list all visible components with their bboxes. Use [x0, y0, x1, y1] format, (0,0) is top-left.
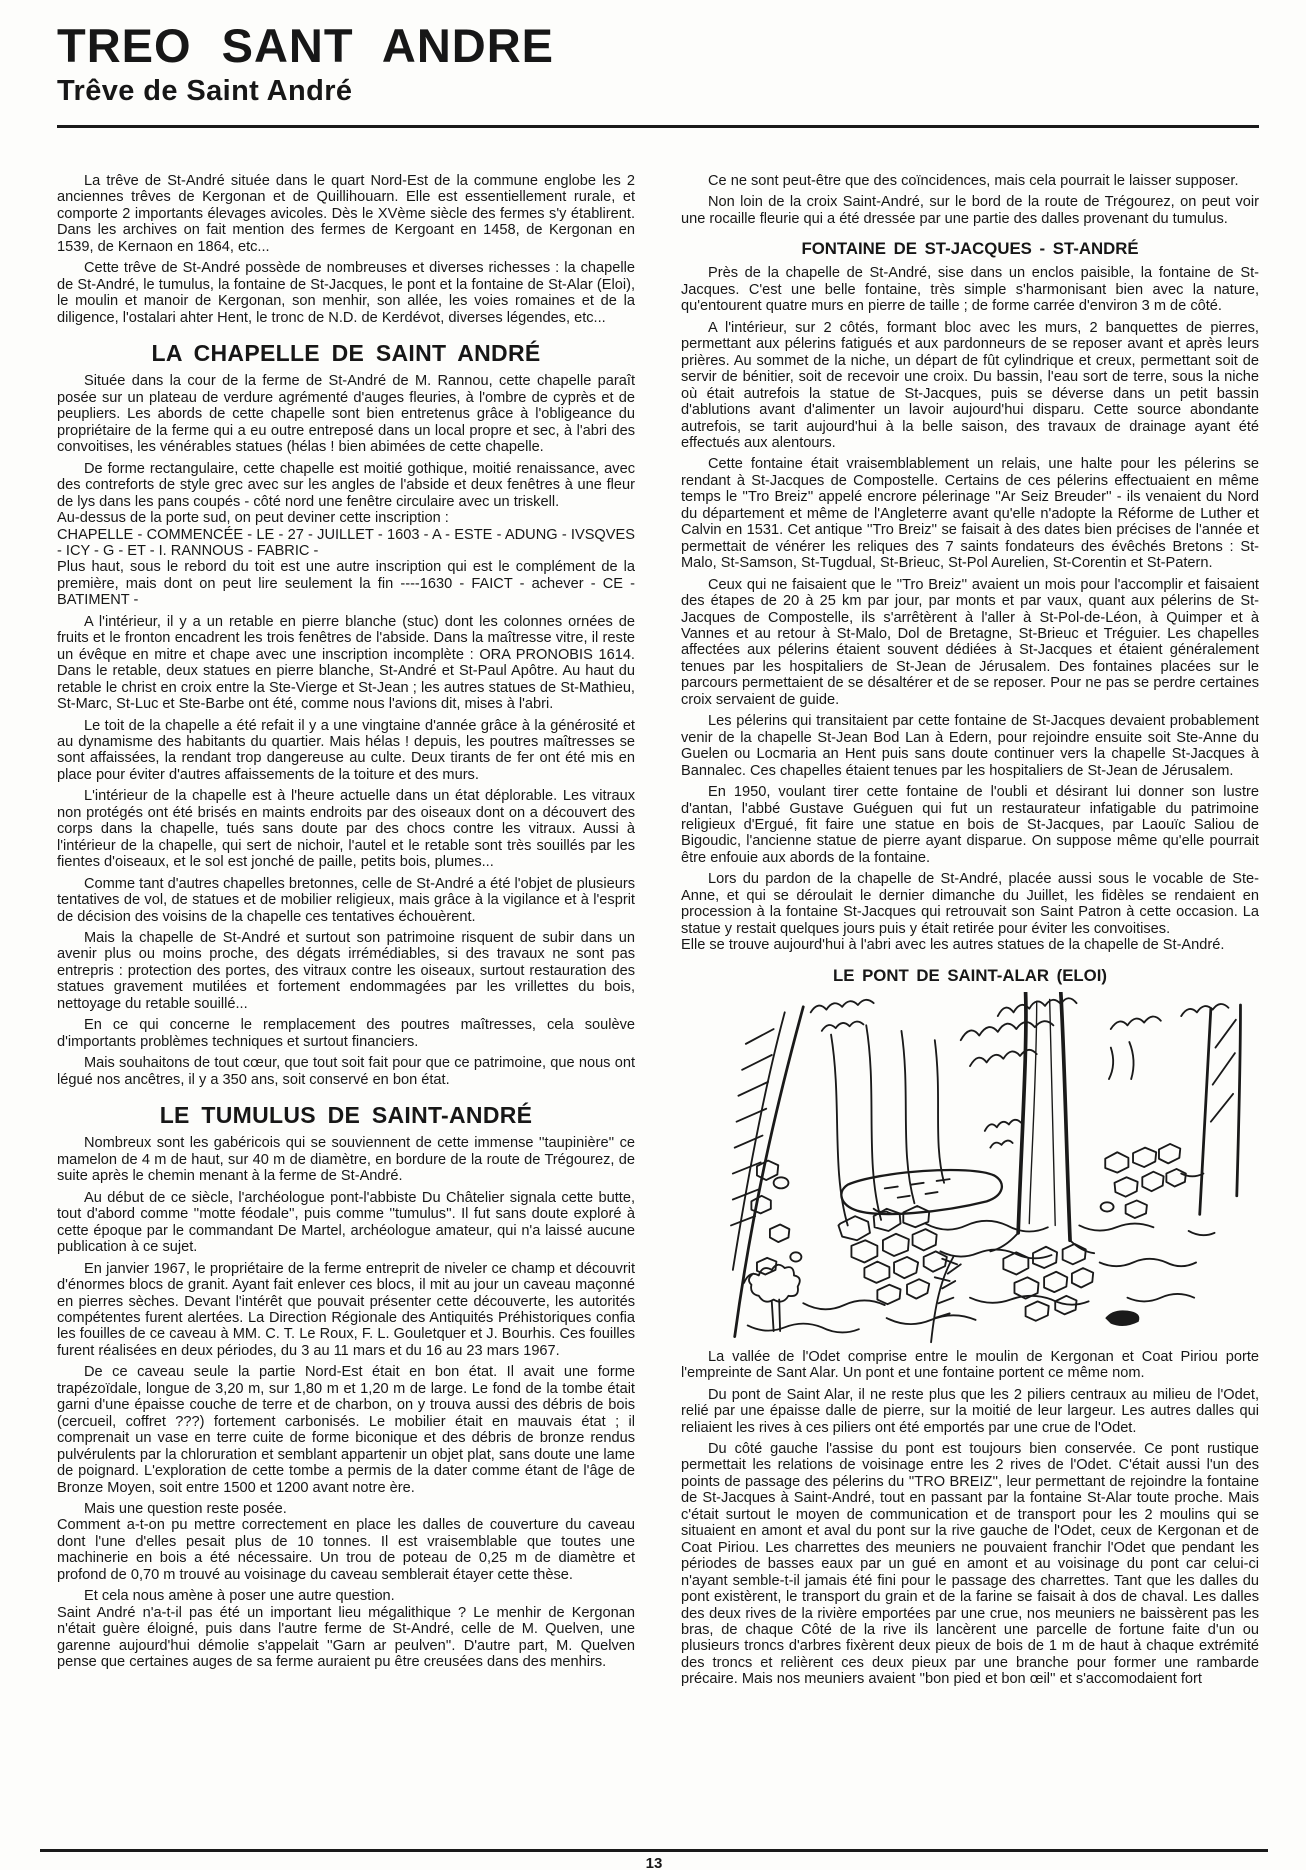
pen-drawing-pont-saint-alar [681, 992, 1259, 1344]
section-heading: LE PONT DE SAINT-ALAR (ELOI) [681, 966, 1259, 986]
paragraph: Les pélerins qui transitaient par cette … [681, 713, 1259, 779]
paragraph: Saint André n'a-t-il pas été un importan… [57, 1605, 635, 1671]
paragraph: Ce ne sont peut-être que des coïncidence… [681, 173, 1259, 189]
paragraph: De ce caveau seule la partie Nord-Est ét… [57, 1364, 635, 1496]
left-column: La trêve de St-André située dans le quar… [57, 168, 635, 1688]
section-heading: LE TUMULUS DE SAINT-ANDRÉ [57, 1102, 635, 1128]
paragraph: Le toit de la chapelle a été refait il y… [57, 718, 635, 784]
two-column-layout: La trêve de St-André située dans le quar… [57, 168, 1259, 1688]
paragraph: La trêve de St-André située dans le quar… [57, 173, 635, 255]
paragraph: Comme tant d'autres chapelles bretonnes,… [57, 876, 635, 925]
paragraph: Lors du pardon de la chapelle de St-Andr… [681, 871, 1259, 937]
right-column-bottom: La vallée de l'Odet comprise entre le mo… [681, 1349, 1259, 1688]
paragraph: Du pont de Saint Alar, il ne reste plus … [681, 1387, 1259, 1436]
page-footer: 13 [40, 1849, 1268, 1870]
paragraph: Du côté gauche l'assise du pont est touj… [681, 1441, 1259, 1688]
page-header: TREO SANT ANDRE Trêve de Saint André [57, 22, 1259, 128]
paragraph: L'intérieur de la chapelle est à l'heure… [57, 788, 635, 870]
paragraph: Mais souhaitons de tout cœur, que tout s… [57, 1055, 635, 1088]
paragraph: Nombreux sont les gabéricois qui se souv… [57, 1135, 635, 1184]
bridge-illustration [681, 992, 1259, 1344]
header-rule [57, 125, 1259, 128]
section-heading: FONTAINE DE ST-JACQUES - ST-ANDRÉ [681, 239, 1259, 259]
paragraph: CHAPELLE - COMMENCÉE - LE - 27 - JUILLET… [57, 527, 635, 560]
paragraph: En janvier 1967, le propriétaire de la f… [57, 1261, 635, 1360]
paragraph: Mais la chapelle de St-André et surtout … [57, 930, 635, 1012]
paragraph: En ce qui concerne le remplacement des p… [57, 1017, 635, 1050]
paragraph: Située dans la cour de la ferme de St-An… [57, 373, 635, 455]
page-subtitle: Trêve de Saint André [57, 75, 1259, 108]
page-number: 13 [40, 1855, 1268, 1870]
paragraph: Mais une question reste posée. [57, 1501, 635, 1517]
section-heading: LA CHAPELLE DE SAINT ANDRÉ [57, 340, 635, 366]
page-title: TREO SANT ANDRE [57, 22, 1259, 70]
paragraph: A l'intérieur, il y a un retable en pier… [57, 614, 635, 713]
paragraph: A l'intérieur, sur 2 côtés, formant bloc… [681, 320, 1259, 452]
paragraph: Près de la chapelle de St-André, sise da… [681, 265, 1259, 314]
right-column: Ce ne sont peut-être que des coïncidence… [681, 168, 1259, 1688]
paragraph: La vallée de l'Odet comprise entre le mo… [681, 1349, 1259, 1382]
magazine-page: TREO SANT ANDRE Trêve de Saint André La … [0, 0, 1306, 1870]
paragraph: Et cela nous amène à poser une autre que… [57, 1588, 635, 1604]
paragraph: Au début de ce siècle, l'archéologue pon… [57, 1190, 635, 1256]
paragraph: Cette fontaine était vraisemblablement u… [681, 456, 1259, 571]
paragraph: Cette trêve de St-André possède de nombr… [57, 260, 635, 326]
paragraph: En 1950, voulant tirer cette fontaine de… [681, 784, 1259, 866]
paragraph: Non loin de la croix Saint-André, sur le… [681, 194, 1259, 227]
right-column-top: Ce ne sont peut-être que des coïncidence… [681, 173, 1259, 986]
paragraph: Comment a-t-on pu mettre correctement en… [57, 1517, 635, 1583]
paragraph: Au-dessus de la porte sud, on peut devin… [57, 510, 635, 526]
paragraph: De forme rectangulaire, cette chapelle e… [57, 461, 635, 510]
footer-rule [40, 1849, 1268, 1852]
paragraph: Elle se trouve aujourd'hui à l'abri avec… [681, 937, 1259, 953]
paragraph: Plus haut, sous le rebord du toit est un… [57, 559, 635, 608]
paragraph: Ceux qui ne faisaient que le ''Tro Breiz… [681, 577, 1259, 709]
